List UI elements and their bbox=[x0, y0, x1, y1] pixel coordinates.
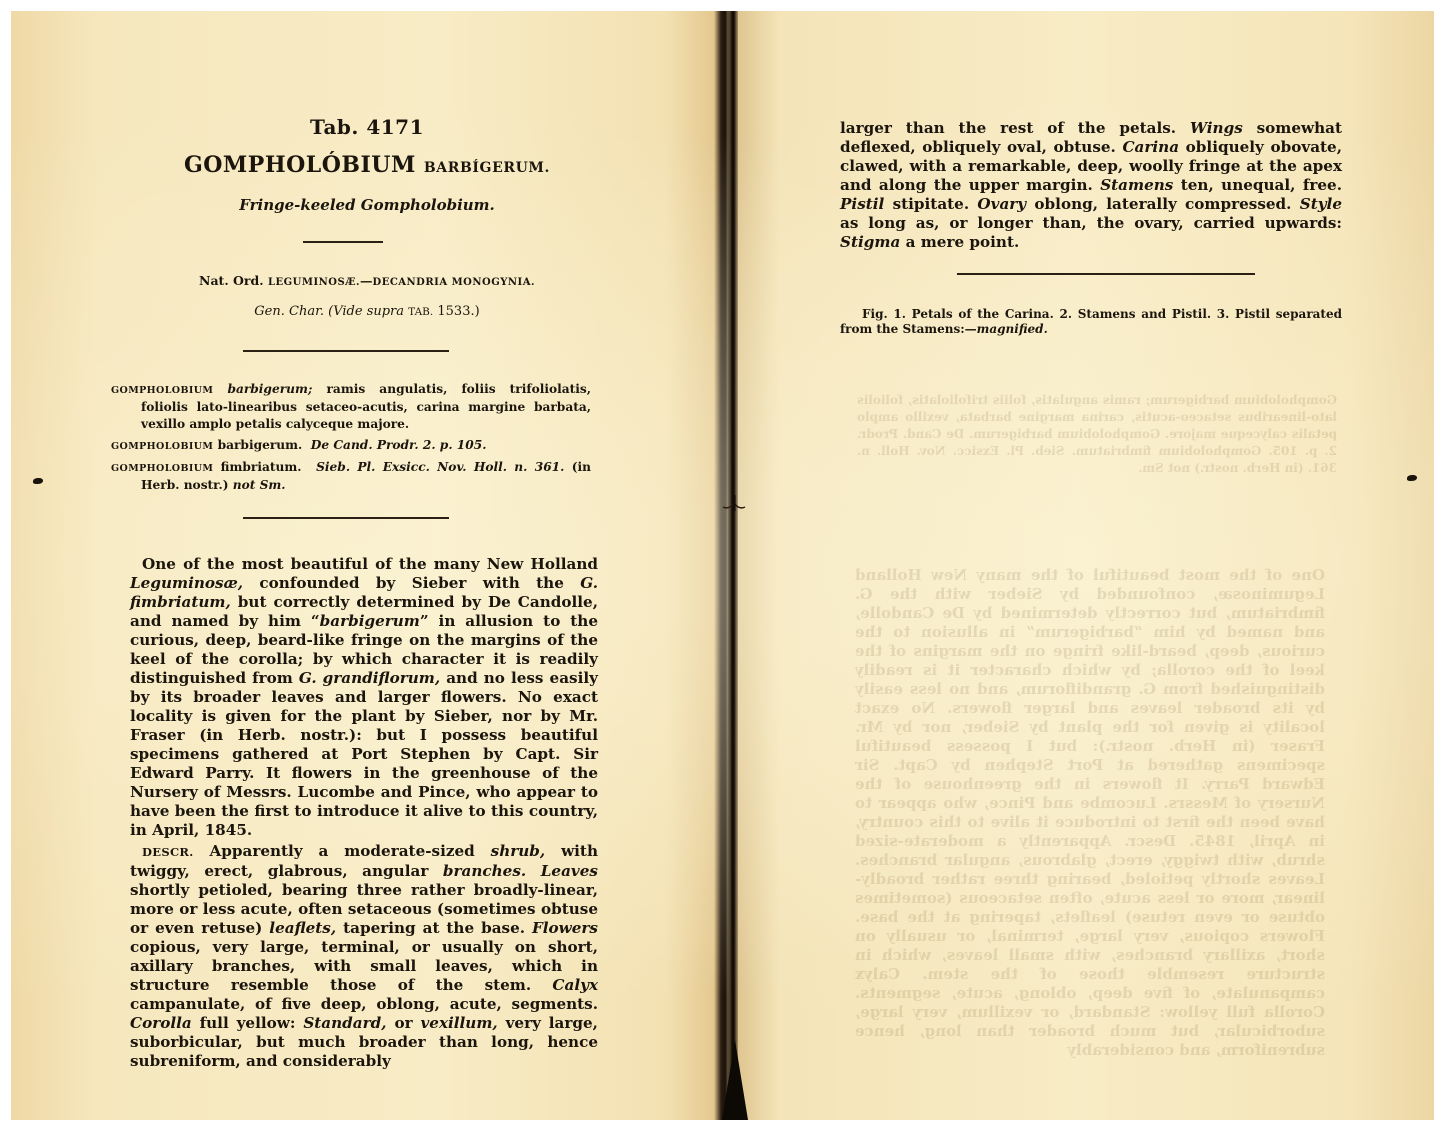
binding-thread-icon bbox=[722, 495, 746, 511]
divider-rule bbox=[243, 517, 449, 519]
text-run: as long as, or longer than, the ovary, c… bbox=[840, 214, 1342, 232]
synonym-genus: Gompholobium bbox=[111, 441, 213, 452]
right-page: Gompholobium barbigerum; ramis angulatis… bbox=[745, 11, 1434, 1120]
text-run-italic: Carina bbox=[1122, 138, 1179, 156]
plate-number: Tab. 4171 bbox=[11, 115, 723, 139]
common-name: Fringe-keeled Gompholobium. bbox=[11, 196, 723, 214]
text-run-italic: Standard, bbox=[303, 1014, 386, 1032]
text-run-italic: Corolla bbox=[130, 1014, 192, 1032]
generic-character: Gen. Char. (Vide supra Tab. 1533.) bbox=[11, 304, 723, 319]
text-run-italic: Style bbox=[1300, 195, 1342, 213]
descr-label: Descr. bbox=[142, 845, 194, 859]
figure-caption: Fig. 1. Petals of the Carina. 2. Stamens… bbox=[840, 307, 1342, 337]
gen-char-number: 1533.) bbox=[437, 304, 479, 319]
species-epithet: BARBÍGERUM. bbox=[424, 160, 550, 176]
genus-name: GOMPHOLÓBIUM bbox=[184, 152, 416, 178]
show-through-synonyms: Gompholobium barbigerum; ramis angulatis… bbox=[857, 392, 1337, 477]
gen-char-tab: Tab. bbox=[408, 306, 433, 318]
text-run: larger than the rest of the petals. bbox=[840, 119, 1176, 137]
tab-number: 4171 bbox=[366, 115, 424, 139]
text-run-italic: shrub, bbox=[491, 842, 546, 860]
divider-rule bbox=[243, 350, 449, 352]
synonym-genus: Gompholobium bbox=[111, 463, 213, 474]
text-run: tapering at the base. bbox=[343, 919, 525, 937]
natural-order: Nat. Ord. Leguminosæ.—Decandria Monogyni… bbox=[11, 273, 723, 288]
text-run: or bbox=[394, 1014, 412, 1032]
text-run-italic: Pistil bbox=[840, 195, 884, 213]
description-continuation: larger than the rest of the petals. Wing… bbox=[840, 119, 1342, 252]
nat-ord-family: Leguminosæ. bbox=[268, 277, 360, 288]
text-run-italic: barbigerum bbox=[320, 612, 420, 630]
synonym-reference: De Cand. Prodr. 2. p. 105. bbox=[311, 438, 487, 452]
text-run-italic: Leguminosæ, bbox=[130, 574, 243, 592]
text-run: campanulate, of five deep, oblong, acute… bbox=[130, 995, 598, 1013]
nat-ord-label: Nat. Ord. bbox=[199, 273, 264, 288]
species-title: GOMPHOLÓBIUMBARBÍGERUM. bbox=[11, 152, 723, 178]
text-run-italic: Flowers bbox=[532, 919, 598, 937]
text-run: One of the most beautiful of the many Ne… bbox=[142, 555, 598, 573]
intro-paragraph: One of the most beautiful of the many Ne… bbox=[130, 555, 598, 840]
gen-char-ref: (Vide supra bbox=[328, 304, 404, 319]
show-through-body: One of the most beautiful of the many Ne… bbox=[855, 566, 1325, 1060]
text-run: Apparently a moderate-sized bbox=[209, 842, 474, 860]
synonym-entry: Gompholobium barbigerum; ramis angulatis… bbox=[111, 381, 591, 433]
synonymy-block: Gompholobium barbigerum; ramis angulatis… bbox=[111, 381, 591, 498]
text-run-italic: Stigma bbox=[840, 233, 900, 251]
text-run-italic: Wings bbox=[1190, 119, 1243, 137]
nat-ord-dash: — bbox=[360, 273, 373, 288]
text-run-italic: branches. bbox=[443, 862, 526, 880]
text-run: stipitate. bbox=[893, 195, 970, 213]
text-run: confounded by Sieber with the bbox=[259, 574, 563, 592]
text-run-italic: Ovary bbox=[977, 195, 1026, 213]
synonym-entry: Gompholobium fimbriatum. Sieb. Pl. Exsic… bbox=[111, 459, 591, 494]
gen-char-label: Gen. Char. bbox=[254, 304, 324, 319]
text-run-italic: vexillum, bbox=[420, 1014, 497, 1032]
text-run-italic: Calyx bbox=[552, 976, 598, 994]
divider-rule bbox=[957, 273, 1255, 275]
synonym-name: barbigerum; bbox=[227, 382, 312, 396]
text-run: oblong, laterally compressed. bbox=[1034, 195, 1291, 213]
synonym-genus: Gompholobium bbox=[111, 385, 213, 396]
description-paragraph: Descr. Apparently a moderate-sized shrub… bbox=[130, 842, 598, 1071]
synonym-entry: Gompholobium barbigerum. De Cand. Prodr.… bbox=[111, 437, 591, 455]
book-gutter bbox=[728, 11, 738, 1120]
text-run: and no less easily by its broader leaves… bbox=[130, 669, 598, 839]
synonym-name: fimbriatum. bbox=[221, 460, 302, 474]
nat-ord-class: Decandria Monogynia. bbox=[373, 277, 535, 288]
text-run-italic: G. grandiflorum, bbox=[299, 669, 440, 687]
synonym-note-italic: not Sm. bbox=[233, 478, 286, 492]
text-run: copious, very large, terminal, or usuall… bbox=[130, 938, 598, 994]
text-run: full yellow: bbox=[200, 1014, 296, 1032]
text-run-italic: Stamens bbox=[1100, 176, 1173, 194]
caption-text: Fig. 1. Petals of the Carina. 2. Stamens… bbox=[840, 307, 1342, 337]
text-run: a mere point. bbox=[906, 233, 1020, 251]
divider-rule bbox=[303, 241, 383, 243]
left-page: Tab. 4171 GOMPHOLÓBIUMBARBÍGERUM. Fringe… bbox=[11, 11, 723, 1120]
text-run: ten, unequal, free. bbox=[1181, 176, 1342, 194]
synonym-reference: Sieb. Pl. Exsicc. Nov. Holl. n. 361. bbox=[316, 460, 564, 474]
caption-run-italic: magnified. bbox=[977, 322, 1048, 336]
text-run-italic: Leaves bbox=[541, 862, 598, 880]
text-run-italic: leaflets, bbox=[269, 919, 336, 937]
synonym-name: barbigerum. bbox=[218, 438, 303, 452]
tab-label: Tab. bbox=[310, 115, 359, 139]
caption-run: Fig. 1. Petals of the Carina. 2. Stamens… bbox=[840, 307, 1342, 336]
description-body: One of the most beautiful of the many Ne… bbox=[130, 555, 598, 1073]
